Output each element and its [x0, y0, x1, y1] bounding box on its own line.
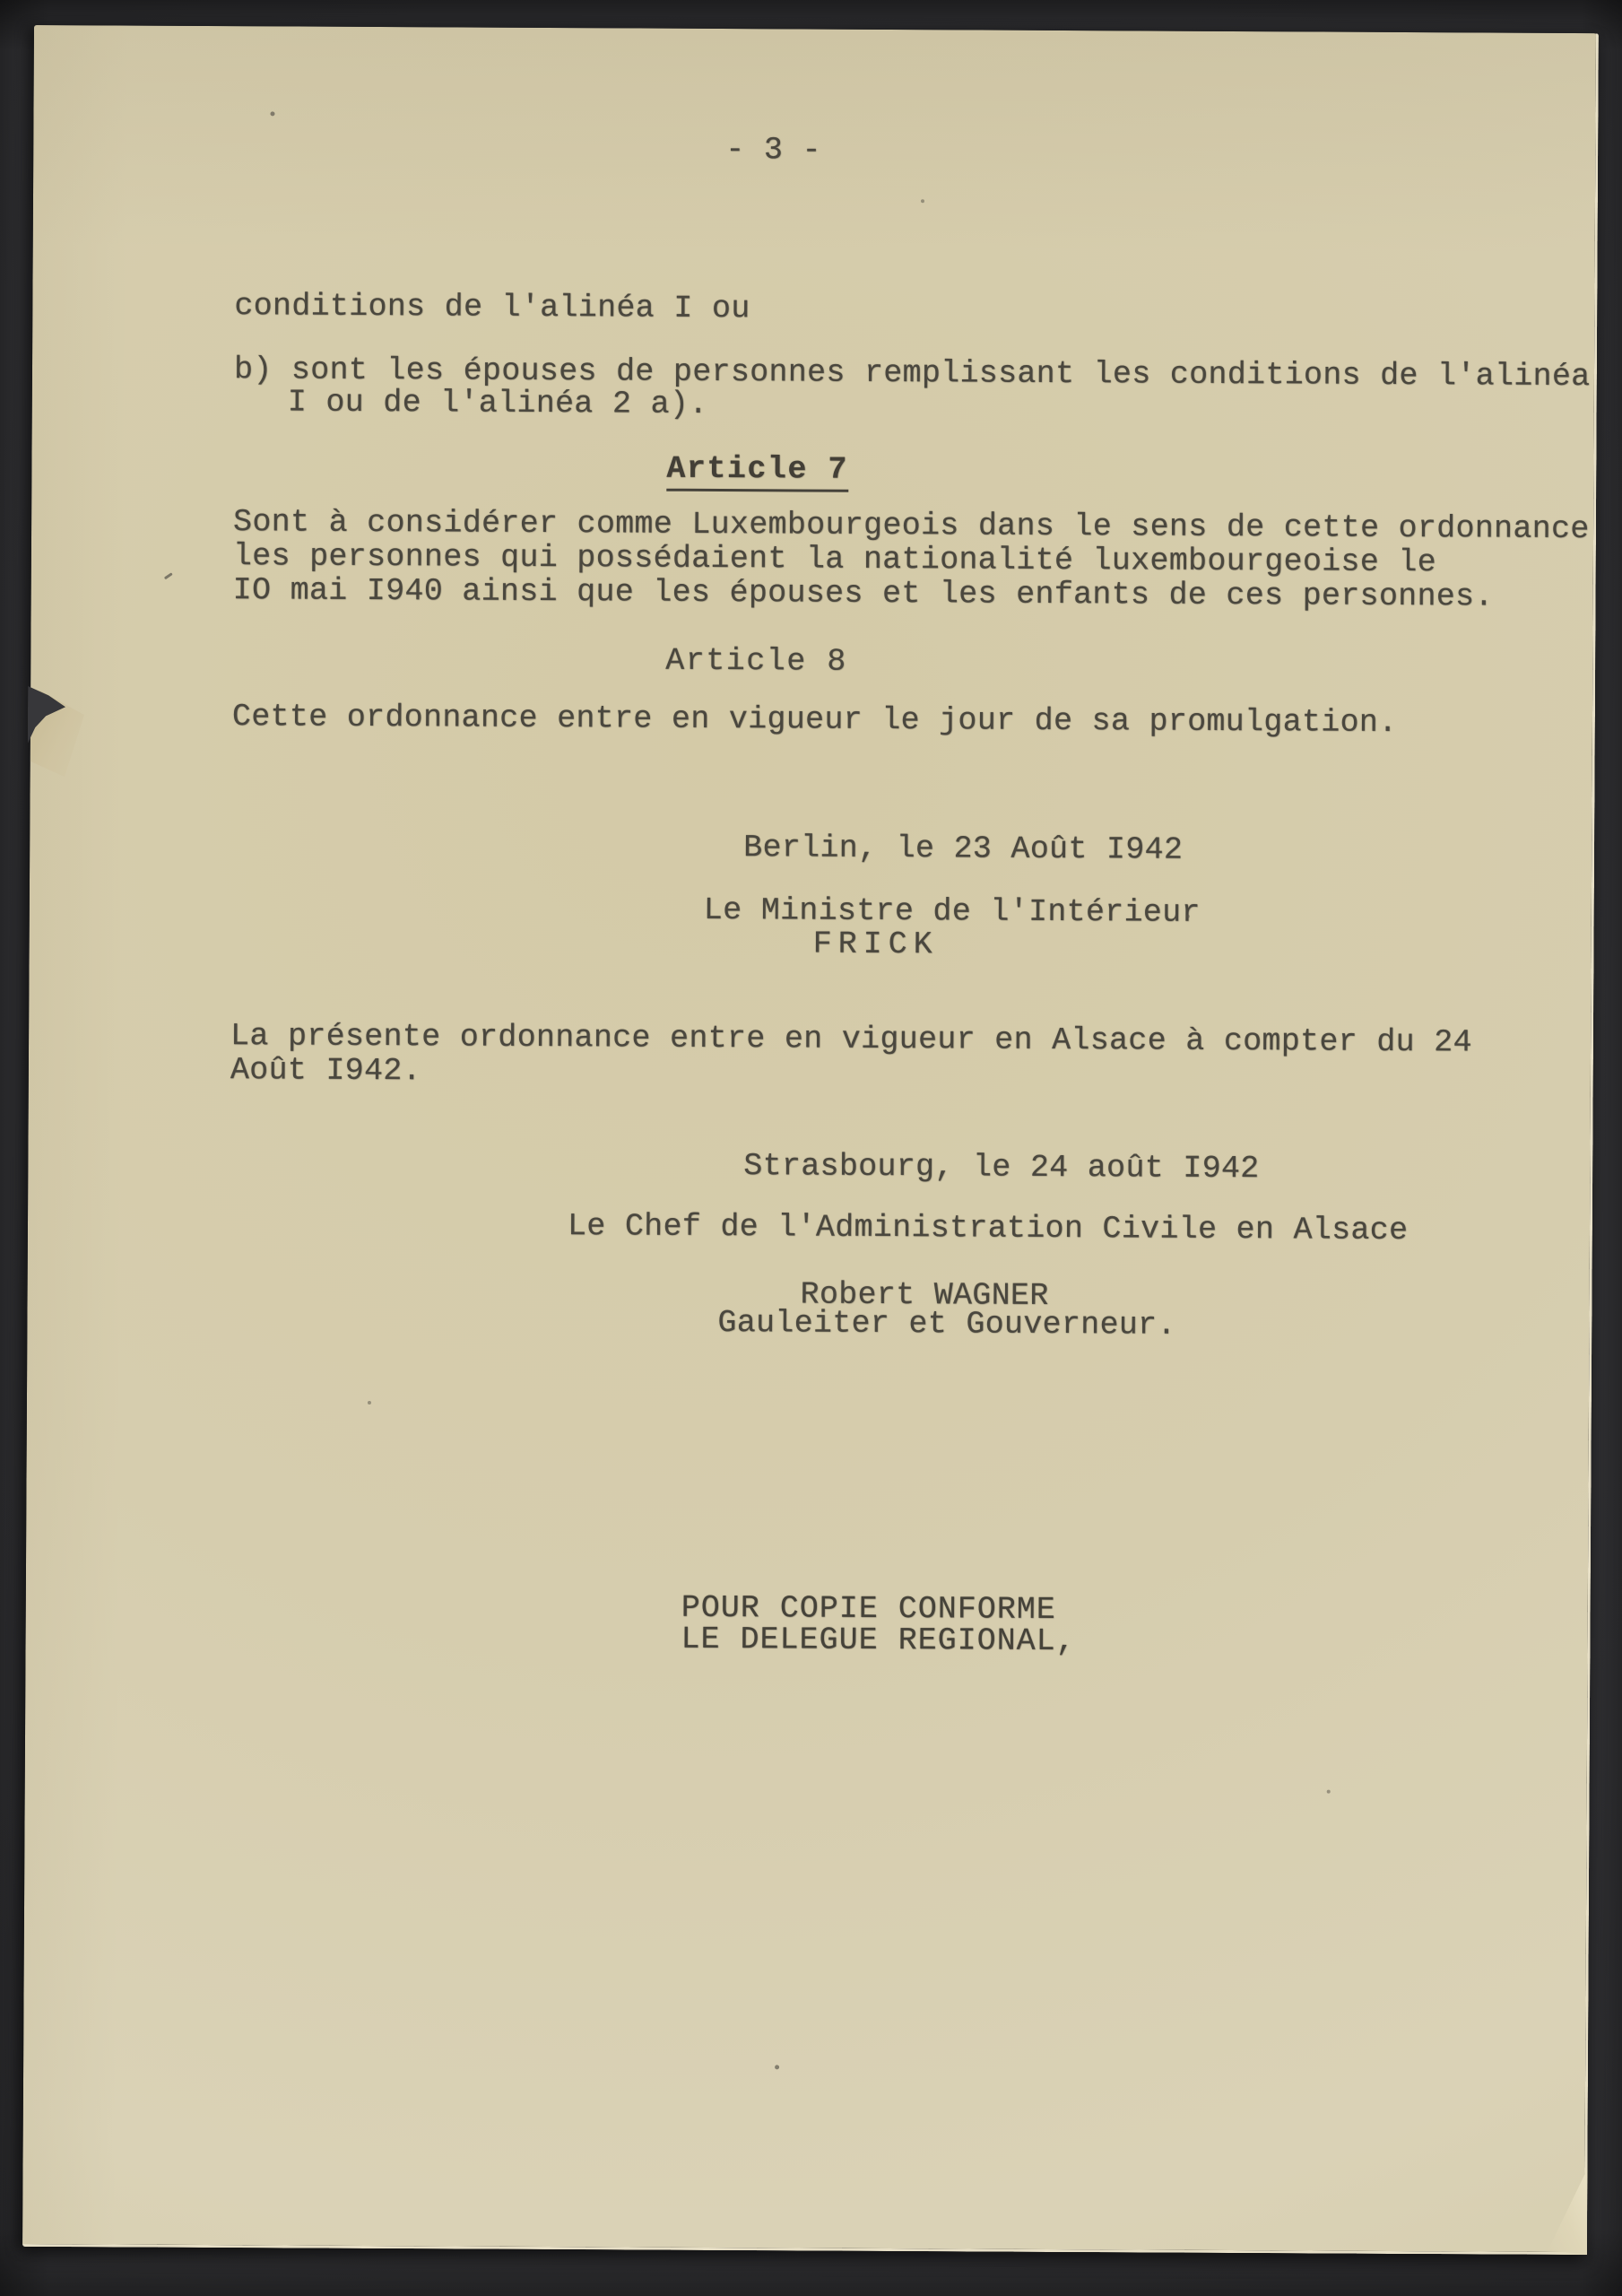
berlin-dateline: Berlin, le 23 Août I942 [743, 831, 1183, 867]
clause-b-line2: I ou de l'alinéa 2 a). [288, 385, 708, 421]
dust-speck [368, 1401, 371, 1405]
article-8-body: Cette ordonnance entre en vigueur le jou… [232, 700, 1398, 740]
minister-title: Le Ministre de l'Intérieur [704, 893, 1201, 930]
page-number: - 3 - [725, 133, 821, 168]
corner-fold [1546, 2169, 1588, 2255]
intro-line: conditions de l'alinéa I ou [234, 289, 750, 326]
stray-mark [164, 572, 173, 579]
document-page: - 3 - conditions de l'alinéa I ou b) son… [22, 25, 1599, 2255]
certification-line2: LE DELEGUE REGIONAL, [681, 1622, 1075, 1658]
dust-speck [775, 2065, 779, 2069]
article-7-body: Sont à considérer comme Luxembourgeois d… [233, 505, 1590, 614]
strasbourg-dateline: Strasbourg, le 24 août I942 [743, 1149, 1259, 1186]
dust-speck [921, 199, 924, 203]
article-7-heading: Article 7 [666, 452, 848, 492]
signer-title: Gauleiter et Gouverneur. [717, 1306, 1175, 1343]
alsace-note: La présente ordonnance entre en vigueur … [230, 1019, 1472, 1093]
chief-title: Le Chef de l'Administration Civile en Al… [568, 1209, 1409, 1248]
minister-name: FRICK [813, 927, 939, 962]
dust-speck [270, 111, 274, 116]
dust-speck [1186, 915, 1190, 918]
dust-speck [1327, 1790, 1331, 1794]
article-8-heading: Article 8 [665, 644, 847, 679]
